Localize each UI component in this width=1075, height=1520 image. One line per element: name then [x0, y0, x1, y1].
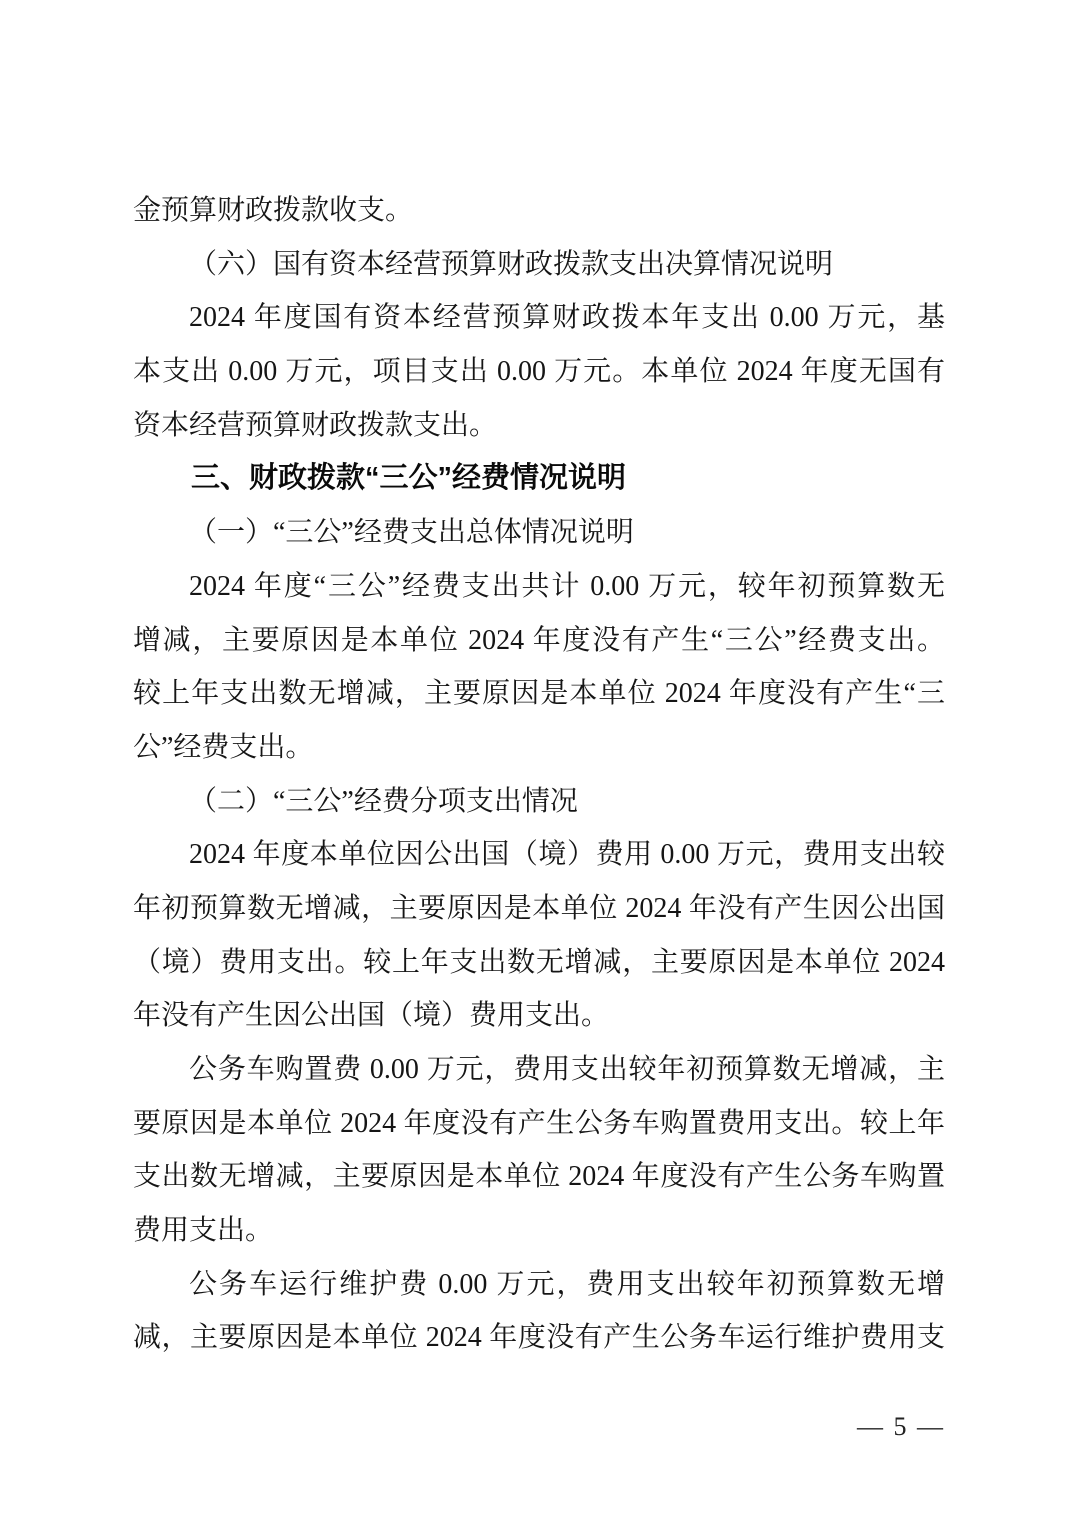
body-line: 资本经营预算财政拨款支出。: [133, 399, 945, 453]
body-line: 增减，主要原因是本单位 2024 年度没有产生“三公”经费支出。: [133, 614, 945, 668]
body-line: 费用支出。: [133, 1204, 945, 1258]
page-number: — 5 —: [857, 1403, 945, 1451]
document-text-block: 金预算财政拨款收支。 （六）国有资本经营预算财政拨款支出决算情况说明 2024 …: [133, 184, 945, 1365]
body-line: 金预算财政拨款收支。: [133, 184, 945, 238]
body-line: 公务车运行维护费 0.00 万元，费用支出较年初预算数无增: [133, 1258, 945, 1312]
section-heading-three: 三、财政拨款“三公”经费情况说明: [133, 452, 945, 506]
body-line: 2024 年度国有资本经营预算财政拨本年支出 0.00 万元，基: [133, 291, 945, 345]
body-line: 公务车购置费 0.00 万元，费用支出较年初预算数无增减，主: [133, 1043, 945, 1097]
body-line: 年初预算数无增减，主要原因是本单位 2024 年没有产生因公出国: [133, 882, 945, 936]
body-line: 2024 年度本单位因公出国（境）费用 0.00 万元，费用支出较: [133, 828, 945, 882]
body-line: 较上年支出数无增减，主要原因是本单位 2024 年度没有产生“三: [133, 667, 945, 721]
subsection-heading-two: （二）“三公”经费分项支出情况: [133, 775, 945, 829]
body-line: 本支出 0.00 万元，项目支出 0.00 万元。本单位 2024 年度无国有: [133, 345, 945, 399]
subsection-heading-six: （六）国有资本经营预算财政拨款支出决算情况说明: [133, 238, 945, 292]
body-line: 减，主要原因是本单位 2024 年度没有产生公务车运行维护费用支: [133, 1311, 945, 1365]
body-line: 支出数无增减，主要原因是本单位 2024 年度没有产生公务车购置: [133, 1150, 945, 1204]
body-line: 要原因是本单位 2024 年度没有产生公务车购置费用支出。较上年: [133, 1097, 945, 1151]
body-line: 年没有产生因公出国（境）费用支出。: [133, 989, 945, 1043]
body-line: （境）费用支出。较上年支出数无增减，主要原因是本单位 2024: [133, 936, 945, 990]
body-line: 2024 年度“三公”经费支出共计 0.00 万元，较年初预算数无: [133, 560, 945, 614]
body-line: 公”经费支出。: [133, 721, 945, 775]
document-page: 金预算财政拨款收支。 （六）国有资本经营预算财政拨款支出决算情况说明 2024 …: [0, 0, 1075, 1520]
subsection-heading-one: （一）“三公”经费支出总体情况说明: [133, 506, 945, 560]
